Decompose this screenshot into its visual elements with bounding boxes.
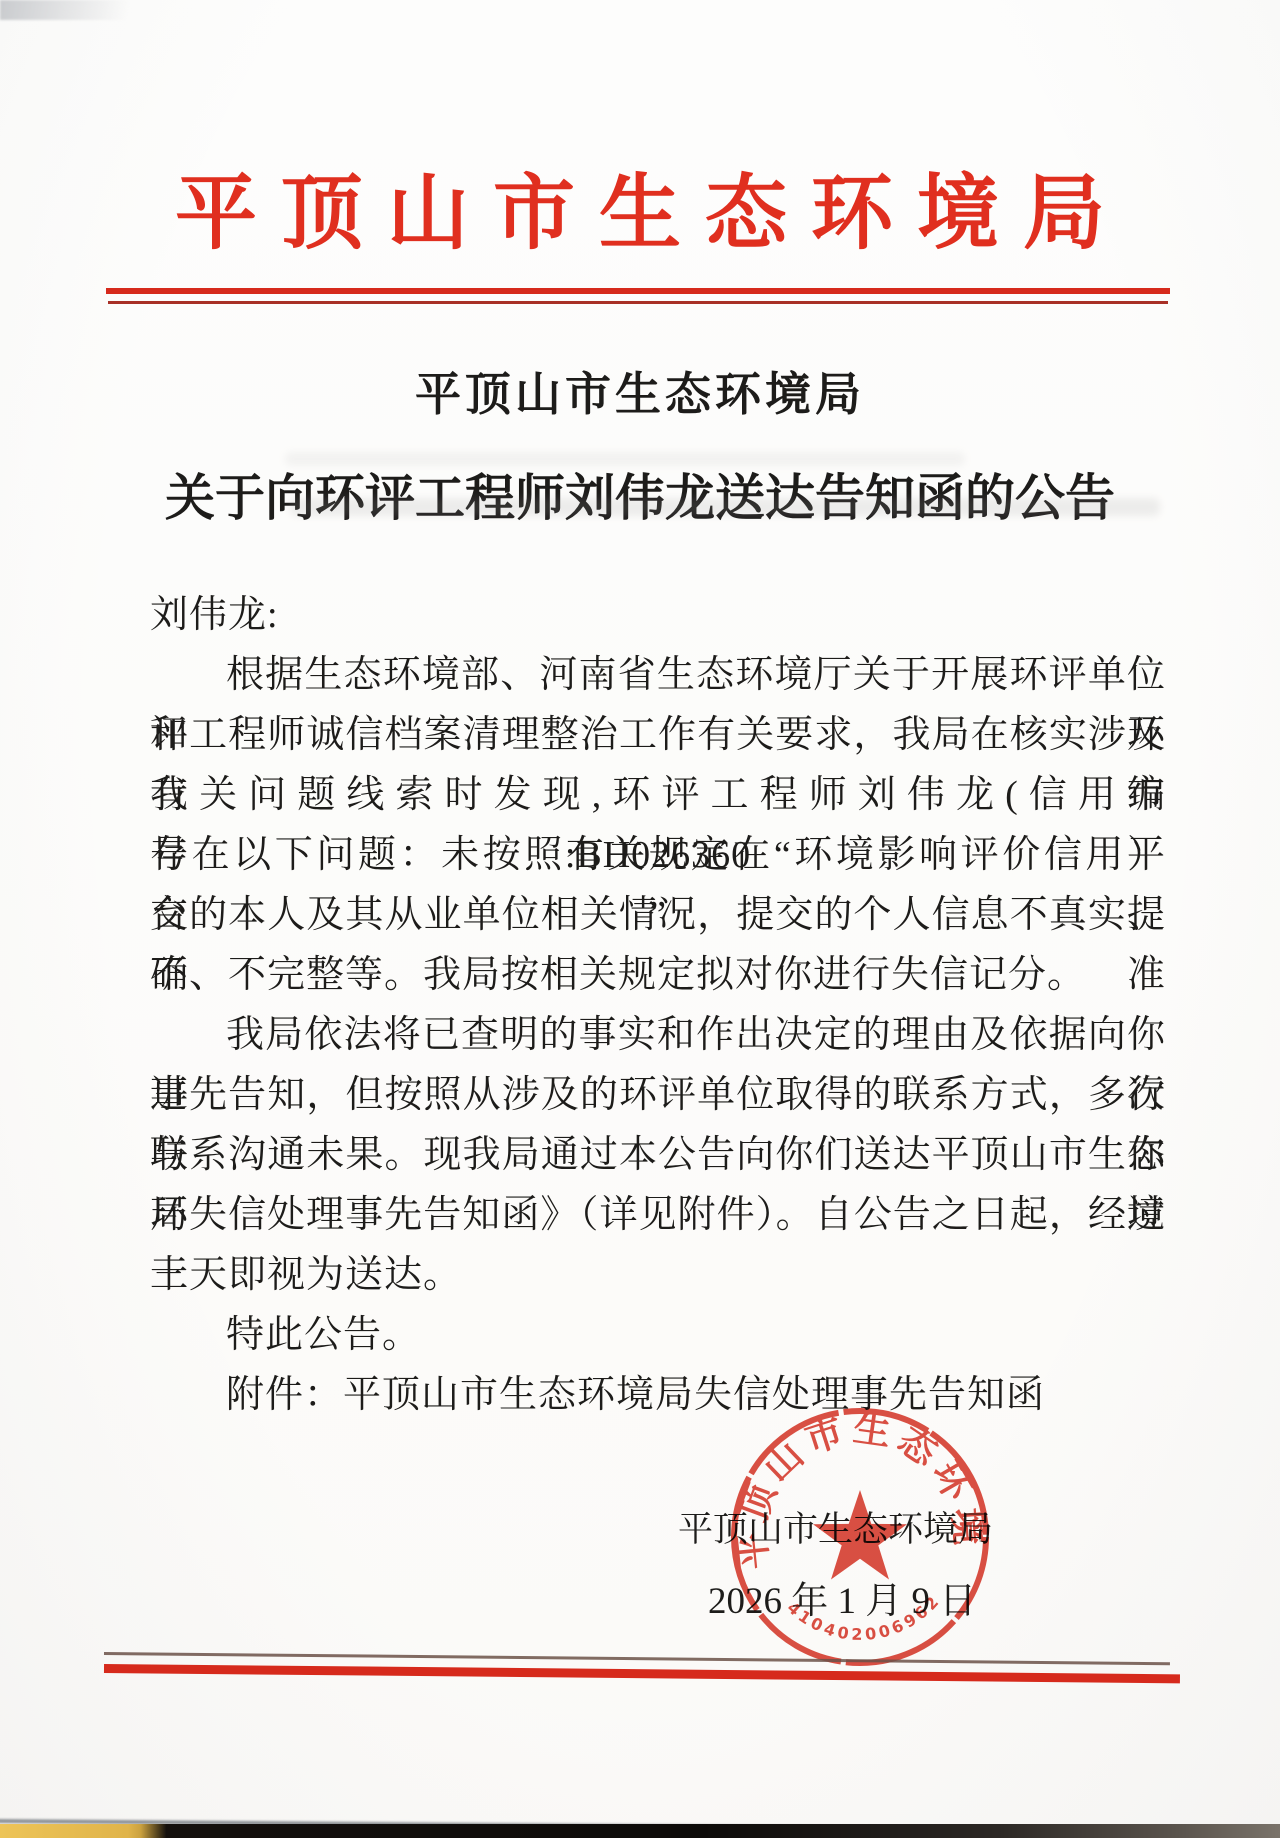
body-line: 事先告知，但按照从涉及的环评单位取得的联系方式，多次与你 xyxy=(150,1065,1166,1125)
body-line: 局失信处理事先告知函》（详见附件）。自公告之日起，经过三 xyxy=(150,1185,1166,1245)
body-line: 根据生态环境部、河南省生态环境厅关于开展环评单位和环 xyxy=(150,645,1166,705)
scan-artifact-smudge xyxy=(0,0,150,20)
body-line: 特此公告。 xyxy=(150,1305,1166,1365)
body-line: 联系沟通未果。现我局通过本公告向你们送达平顶山市生态环境 xyxy=(150,1125,1166,1185)
seal-star xyxy=(813,1490,907,1580)
scan-artifact-ghost-text xyxy=(290,498,1160,516)
document-body: 刘伟龙:根据生态环境部、河南省生态环境厅关于开展环评单位和环评工程师诚信档案清理… xyxy=(150,585,1166,1425)
body-line: 十天即视为送达。 xyxy=(150,1245,1166,1305)
document-title-org: 平顶山市生态环境局 xyxy=(0,358,1280,424)
body-line: 存在以下问题：未按照有关规定在“环境影响评价信用平台”提 xyxy=(150,825,1166,885)
letterhead-rule-thick xyxy=(106,288,1170,294)
body-line: 附件：平顶山市生态环境局失信处理事先告知函 xyxy=(150,1365,1166,1425)
scan-artifact-ghost-text xyxy=(285,452,965,466)
body-line: 确、不完整等。我局按相关规定拟对你进行失信记分。 xyxy=(150,945,1166,1005)
photo-background-edge xyxy=(0,1824,1280,1838)
document-title-subject: 关于向环评工程师刘伟龙送达告知函的公告 xyxy=(0,458,1280,530)
official-seal: 平顶山市生态环境局 4104020069620 xyxy=(710,1387,1010,1687)
body-line: 评工程师诚信档案清理整治工作有关要求，我局在核实涉及我市 xyxy=(150,705,1166,765)
scanned-document-page: 平顶山市生态环境局 平顶山市生态环境局 关于向环评工程师刘伟龙送达告知函的公告 … xyxy=(0,0,1280,1838)
letterhead-rule-thin xyxy=(108,301,1168,304)
letterhead-org-name: 平顶山市生态环境局 xyxy=(0,148,1280,265)
body-line: 我局依法将已查明的事实和作出决定的理由及依据向你进行 xyxy=(150,1005,1166,1065)
footer-rule-thick xyxy=(104,1664,1180,1683)
footer-rule-thin xyxy=(104,1652,1170,1665)
body-line: 有关问题线索时发现,环评工程师刘伟龙(信用编号:BH026360） xyxy=(150,765,1166,825)
body-line: 刘伟龙: xyxy=(150,585,1166,645)
body-line: 交的本人及其从业单位相关情况，提交的个人信息不真实、不准 xyxy=(150,885,1166,945)
